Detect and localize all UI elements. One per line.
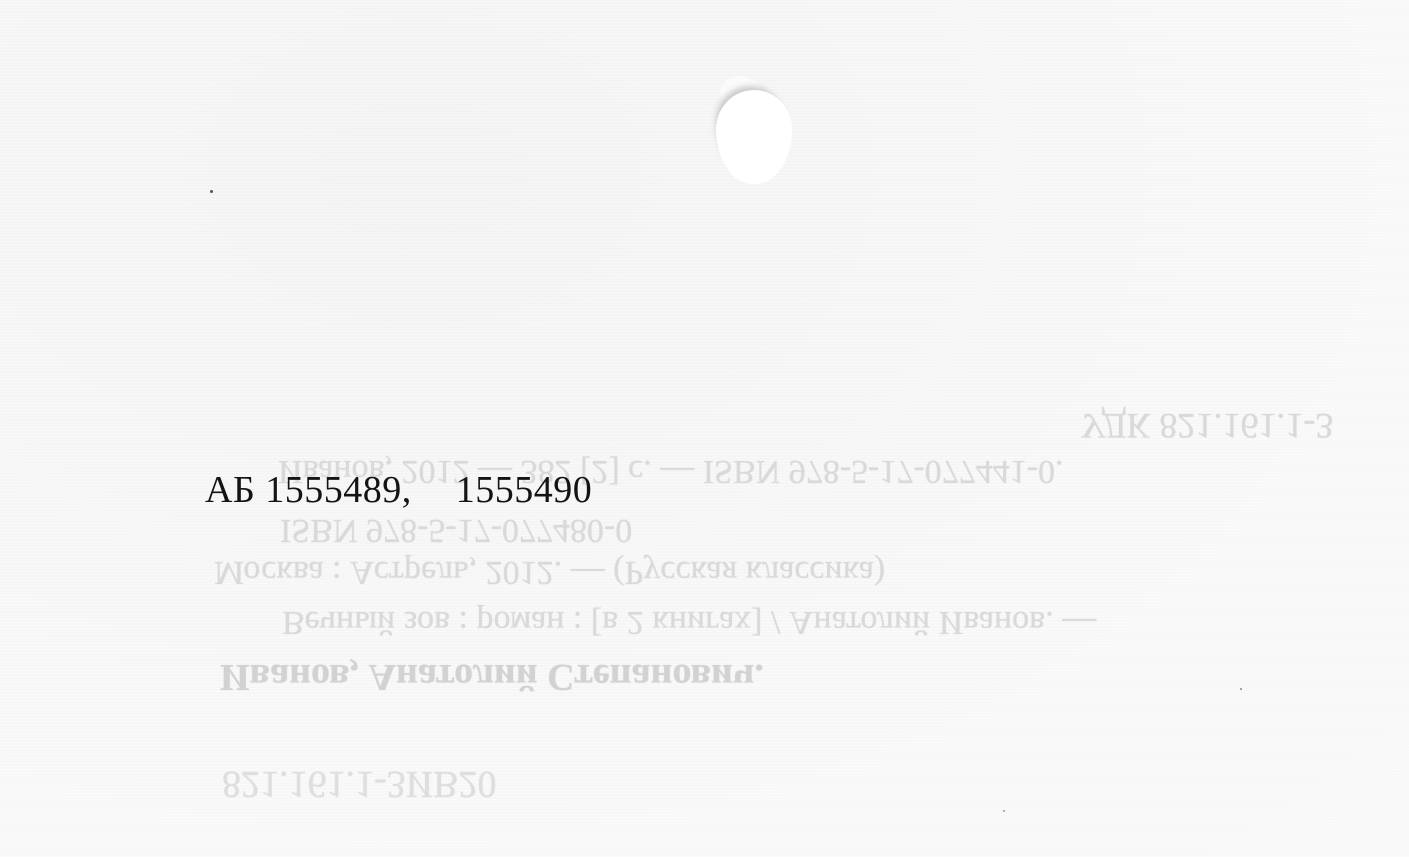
bleed-publisher: Москва : Астрель, 2012. — (Русская класс… [214,553,885,591]
bleed-udk: УДК 821.161.1-3 [1080,405,1333,447]
bleed-isbn-line-2: ISBN 978-5-17-077480-0 [280,511,632,549]
bleed-bbk: 821.161.1-3ИВ20 [222,762,496,806]
paper-speck [210,190,213,193]
inventory-number-2: 1555490 [456,469,593,511]
library-catalog-card: УДК 821.161.1-3 Иванов, 2012 — 382 [2] с… [0,0,1409,857]
inventory-numbers: АБ 1555489,1555490 [205,468,592,512]
bleed-author: Иванов, Анатолий Степанович. [220,655,764,699]
punch-hole [716,90,792,184]
inventory-prefix: АБ [205,469,255,511]
paper-speck [1003,810,1005,812]
inventory-number-1: 1555489, [265,469,412,511]
paper-speck [1240,688,1242,690]
bleed-title: Вечный зов : роман : [в 2 книгах] / Анат… [282,603,1096,641]
